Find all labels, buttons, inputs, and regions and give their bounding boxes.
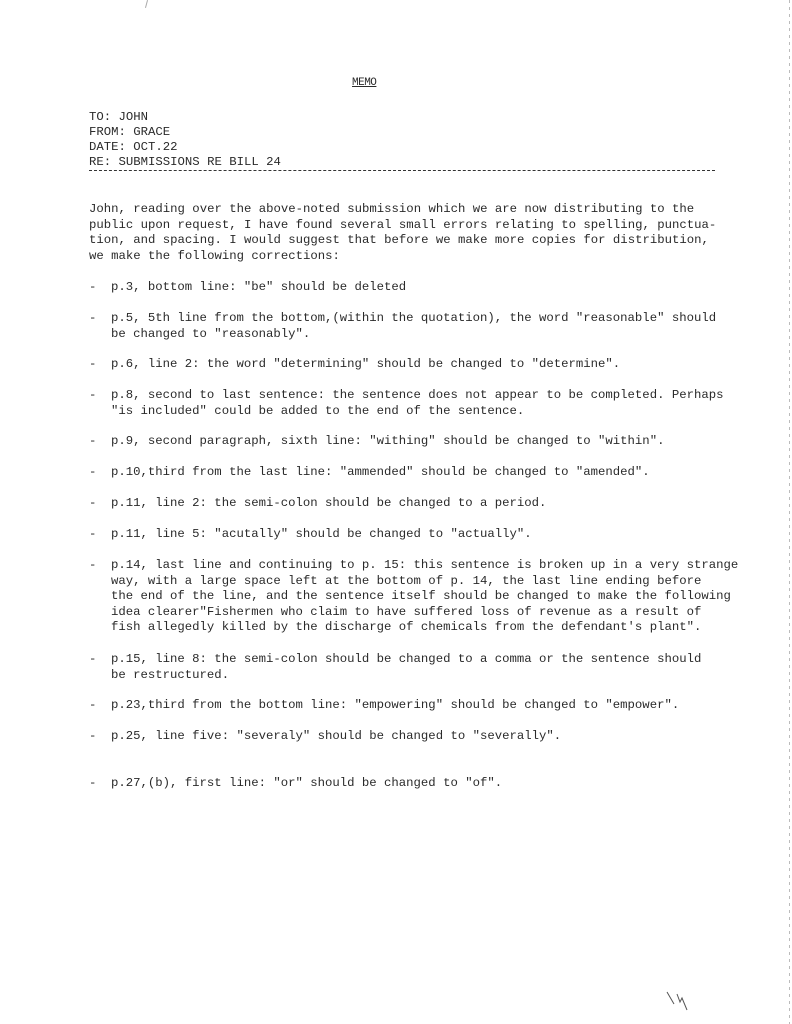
correction-text: p.6, line 2: the word "determining" shou… <box>111 357 781 373</box>
bullet-dash: - <box>89 465 96 481</box>
correction-text: p.25, line five: "severaly" should be ch… <box>111 729 781 745</box>
to-line: TO: JOHN <box>89 110 281 125</box>
correction-text: p.15, line 8: the semi-colon should be c… <box>111 652 781 683</box>
bullet-dash: - <box>89 388 96 404</box>
bullet-dash: - <box>89 776 96 792</box>
intro-paragraph: John, reading over the above-noted submi… <box>89 202 779 264</box>
bullet-dash: - <box>89 652 96 668</box>
bullet-dash: - <box>89 280 96 296</box>
bullet-dash: - <box>89 698 96 714</box>
dashed-divider <box>89 170 715 171</box>
correction-text: p.9, second paragraph, sixth line: "with… <box>111 434 781 450</box>
scan-edge <box>789 0 790 1024</box>
from-line: FROM: GRACE <box>89 125 281 140</box>
correction-text: p.11, line 2: the semi-colon should be c… <box>111 496 781 512</box>
correction-text: p.23,third from the bottom line: "empowe… <box>111 698 781 714</box>
handwritten-mark <box>665 990 689 1012</box>
correction-text: p.27,(b), first line: "or" should be cha… <box>111 776 781 792</box>
date-line: DATE: OCT.22 <box>89 140 281 155</box>
correction-text: p.11, line 5: "acutally" should be chang… <box>111 527 781 543</box>
bullet-dash: - <box>89 558 96 574</box>
memo-title: MEMO <box>352 77 376 89</box>
bullet-dash: - <box>89 311 96 327</box>
bullet-dash: - <box>89 527 96 543</box>
memo-header: TO: JOHN FROM: GRACE DATE: OCT.22 RE: SU… <box>89 110 281 170</box>
bullet-dash: - <box>89 357 96 373</box>
bullet-dash: - <box>89 434 96 450</box>
correction-text: p.10,third from the last line: "ammended… <box>111 465 781 481</box>
bullet-dash: - <box>89 496 96 512</box>
scan-mark <box>145 0 148 8</box>
correction-text: p.14, last line and continuing to p. 15:… <box>111 558 781 636</box>
correction-text: p.8, second to last sentence: the senten… <box>111 388 781 419</box>
correction-text: p.3, bottom line: "be" should be deleted <box>111 280 781 296</box>
re-line: RE: SUBMISSIONS RE BILL 24 <box>89 155 281 170</box>
correction-text: p.5, 5th line from the bottom,(within th… <box>111 311 781 342</box>
bullet-dash: - <box>89 729 96 745</box>
memo-page: MEMO TO: JOHN FROM: GRACE DATE: OCT.22 R… <box>0 0 792 1024</box>
